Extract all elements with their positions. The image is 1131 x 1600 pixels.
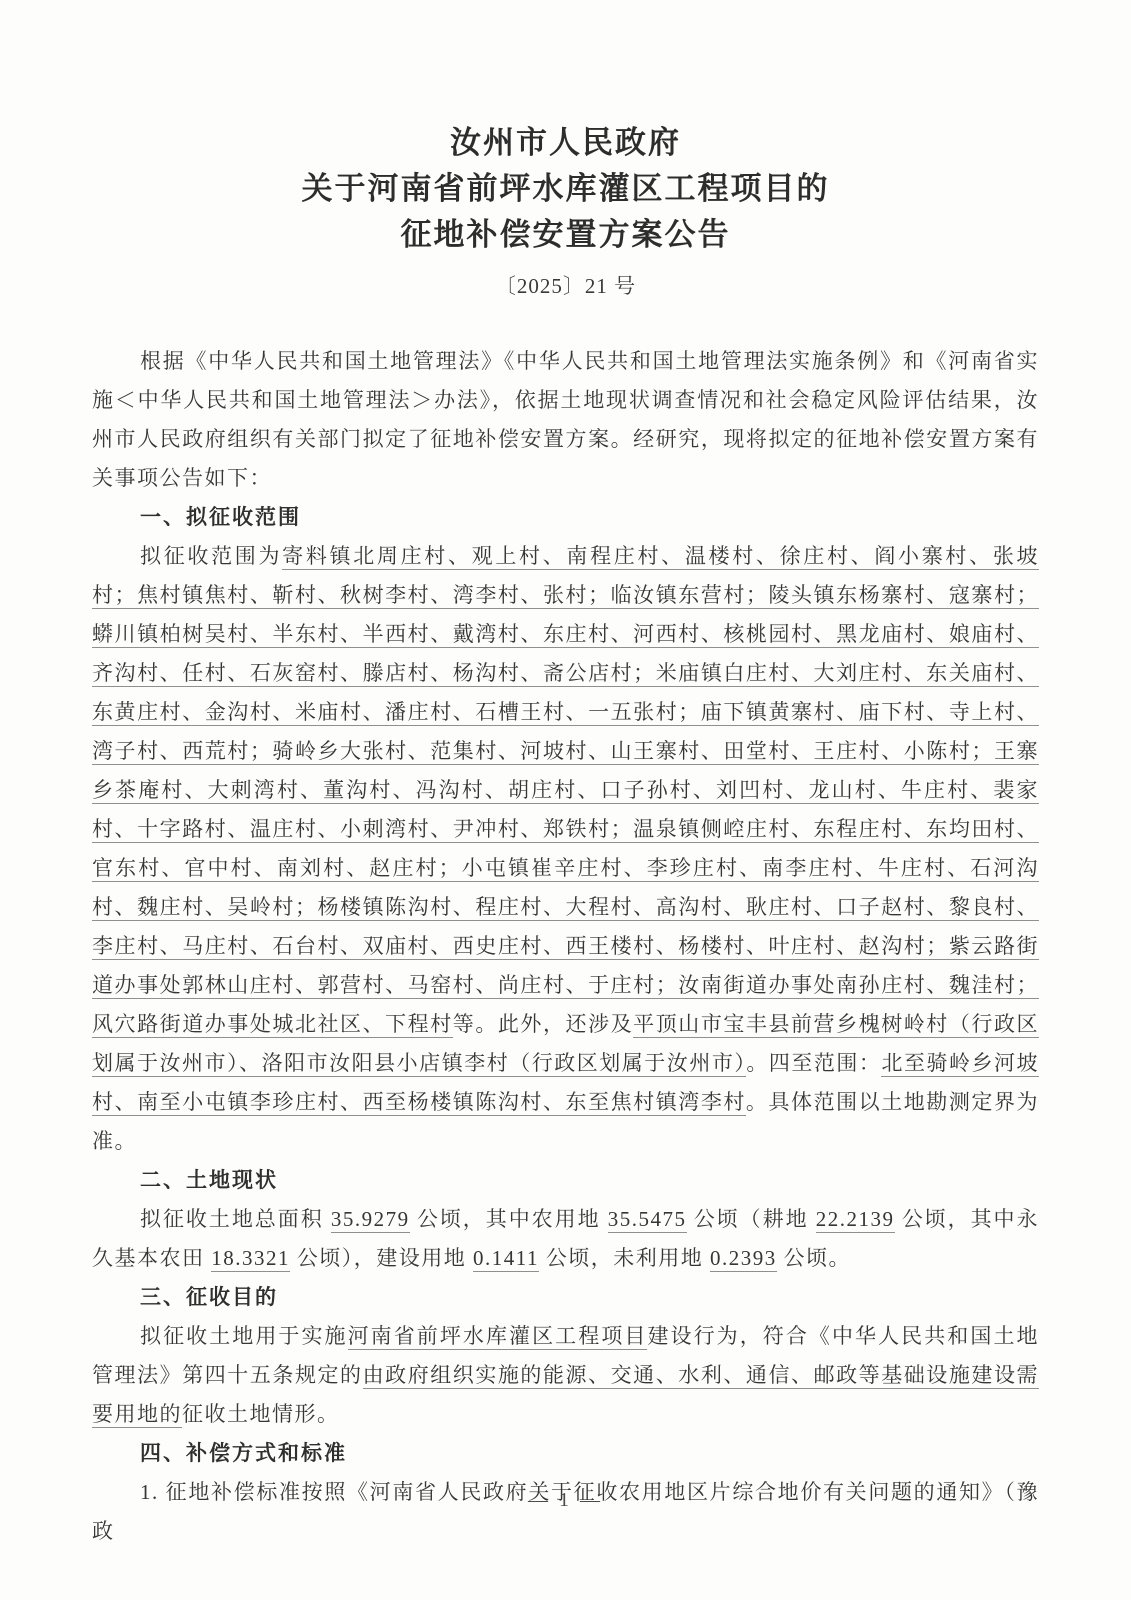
document-title: 汝州市人民政府 关于河南省前坪水库灌区工程项目的 征地补偿安置方案公告 xyxy=(92,120,1039,258)
title-line-2: 关于河南省前坪水库灌区工程项目的 xyxy=(92,166,1039,212)
paragraph: 1. 征地补偿标准按照《河南省人民政府关于征收农用地区片综合地价有关问题的通知》… xyxy=(92,1473,1039,1551)
text-run: 拟征收土地总面积 xyxy=(140,1207,331,1231)
underlined-text: 河南省前坪水库灌区工程项目 xyxy=(348,1324,648,1350)
text-run: 公顷，其中农用地 xyxy=(410,1207,608,1231)
paragraph: 拟征收范围为寄料镇北周庄村、观上村、南程庄村、温楼村、徐庄村、阎小寨村、张坡村；… xyxy=(92,537,1039,1161)
section-heading: 一、拟征收范围 xyxy=(92,498,1039,537)
underlined-text: 22.2139 xyxy=(816,1207,895,1233)
underlined-text: 18.3321 xyxy=(211,1246,290,1272)
text-run: 根据《中华人民共和国土地管理法》《中华人民共和国土地管理法实施条例》和《河南省实… xyxy=(92,349,1039,490)
text-run: 公顷（耕地 xyxy=(687,1207,816,1231)
text-run: 。四至范围： xyxy=(746,1051,881,1075)
text-run: 等。此外，还涉及 xyxy=(453,1012,633,1036)
text-run: 公顷），建设用地 xyxy=(290,1246,473,1270)
title-line-1: 汝州市人民政府 xyxy=(92,120,1039,166)
section-heading: 四、补偿方式和标准 xyxy=(92,1434,1039,1473)
paragraph: 拟征收土地总面积 35.9279 公顷，其中农用地 35.5475 公顷（耕地 … xyxy=(92,1200,1039,1278)
title-line-3: 征地补偿安置方案公告 xyxy=(92,212,1039,258)
page-number: — 1 — xyxy=(0,1489,1131,1512)
document-body: 根据《中华人民共和国土地管理法》《中华人民共和国土地管理法实施条例》和《河南省实… xyxy=(92,342,1039,1551)
section-heading: 二、土地现状 xyxy=(92,1161,1039,1200)
text-run: 拟征收范围为 xyxy=(140,544,282,568)
document-page: 汝州市人民政府 关于河南省前坪水库灌区工程项目的 征地补偿安置方案公告 〔202… xyxy=(0,0,1131,1600)
text-run: 公顷。 xyxy=(777,1246,851,1270)
text-run: 拟征收土地用于实施 xyxy=(140,1324,348,1348)
text-run: 公顷，未利用地 xyxy=(539,1246,710,1270)
section-heading: 三、征收目的 xyxy=(92,1278,1039,1317)
underlined-text: 寄料镇北周庄村、观上村、南程庄村、温楼村、徐庄村、阎小寨村、张坡村；焦村镇焦村、… xyxy=(92,544,1039,1038)
underlined-text: 35.5475 xyxy=(608,1207,687,1233)
underlined-text: 35.9279 xyxy=(331,1207,410,1233)
text-run: 征收土地情形。 xyxy=(182,1402,340,1426)
underlined-text: 0.1411 xyxy=(473,1246,539,1272)
paragraph: 拟征收土地用于实施河南省前坪水库灌区工程项目建设行为，符合《中华人民共和国土地管… xyxy=(92,1317,1039,1434)
document-number: 〔2025〕21 号 xyxy=(92,272,1039,300)
paragraph: 根据《中华人民共和国土地管理法》《中华人民共和国土地管理法实施条例》和《河南省实… xyxy=(92,342,1039,498)
underlined-text: 0.2393 xyxy=(710,1246,777,1272)
